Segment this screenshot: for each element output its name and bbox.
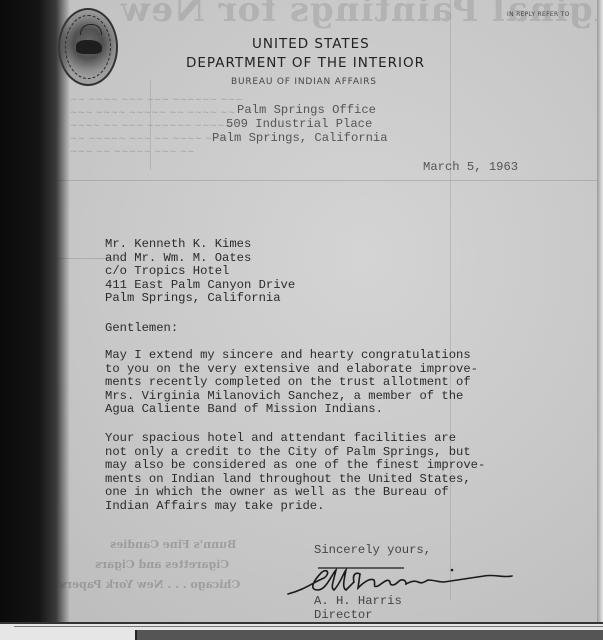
salutation-text: Gentlemen: [105, 322, 178, 336]
paragraph-line: not only a credit to the City of Palm Sp… [105, 446, 485, 460]
background-text: ~~~~ ~~ ~~~ ~~~~~~ ~~~~~ [70, 121, 232, 131]
paragraph-line: Your spacious hotel and attendant facili… [105, 432, 485, 446]
recipient-line: Mr. Kenneth K. Kimes [105, 238, 295, 252]
border-band [135, 630, 603, 640]
recipient-address: Mr. Kenneth K. Kimes and Mr. Wm. M. Oate… [105, 238, 295, 306]
paragraph-line: ments on Indian land throughout the Unit… [105, 473, 485, 487]
paragraph-line: Mrs. Virginia Milanovich Sanchez, a memb… [105, 390, 478, 404]
closing-text: Sincerely yours, [314, 543, 431, 557]
paragraph-congratulations: May I extend my sincere and hearty congr… [105, 349, 478, 417]
paragraph-line: ments recently completed on the trust al… [105, 376, 478, 390]
letterhead-bureau: BUREAU OF INDIAN AFFAIRS [231, 77, 603, 87]
background-text: ~~ ~~~~~ ~~~ ~~ ~~~~ ~~~ [70, 134, 228, 144]
scan-shadow [0, 0, 70, 640]
background-ad-line: Cigarettes and Cigars [95, 558, 229, 571]
office-street: 509 Industrial Place [226, 117, 372, 131]
signer-name: A. H. Harris [314, 594, 402, 608]
background-text: ~~ ~~~~ ~~~ ~~~ ~~~~~~ ~~~ [70, 95, 243, 105]
salutation: Gentlemen: [105, 322, 178, 336]
border-rule [14, 626, 603, 627]
office-city: Palm Springs, California [212, 131, 388, 145]
recipient-line: Palm Springs, California [105, 292, 295, 306]
bison-icon [76, 40, 102, 54]
paragraph-line: Agua Caliente Band of Mission Indians. [105, 403, 478, 417]
recipient-line: 411 East Palm Canyon Drive [105, 279, 295, 293]
background-ad-line: Bunn's Fine Candies [110, 538, 236, 551]
scanned-letter-page: Original Paintings for New ~~ ~~~~ ~~~ ~… [0, 0, 603, 640]
letterhead-department: DEPARTMENT OF THE INTERIOR [186, 55, 603, 71]
paragraph-line: to you on the very extensive and elabora… [105, 363, 478, 377]
signer-title: Director [314, 608, 402, 622]
seal-sun [80, 24, 102, 35]
reply-reference: IN REPLY REFER TO [507, 11, 570, 18]
background-text: ~~~ ~~ ~~~~~ ~~~ ~~ [70, 147, 195, 157]
letterhead-country: UNITED STATES [252, 36, 603, 52]
paragraph-praise: Your spacious hotel and attendant facili… [105, 432, 485, 514]
signer-block: A. H. Harris Director [314, 594, 402, 622]
page-edge [597, 0, 603, 640]
background-text: ~~~ ~~~~ ~~~~~ ~~ ~~~~ ~~ [70, 108, 235, 118]
paragraph-line: May I extend my sincere and hearty congr… [105, 349, 478, 363]
recipient-line: and Mr. Wm. M. Oates [105, 252, 295, 266]
bottom-border [0, 622, 603, 640]
letter-date: March 5, 1963 [423, 160, 518, 174]
paragraph-line: Indian Affairs may take pride. [105, 500, 485, 514]
paragraph-line: one in which the owner as well as the Bu… [105, 486, 485, 500]
background-ad-line: Chicago . . . New York Papers [60, 578, 240, 591]
office-name: Palm Springs Office [237, 103, 376, 117]
recipient-line: c/o Tropics Hotel [105, 265, 295, 279]
closing: Sincerely yours, [314, 540, 431, 558]
column-rule [40, 180, 600, 181]
paragraph-line: may also be considered as one of the fin… [105, 459, 485, 473]
